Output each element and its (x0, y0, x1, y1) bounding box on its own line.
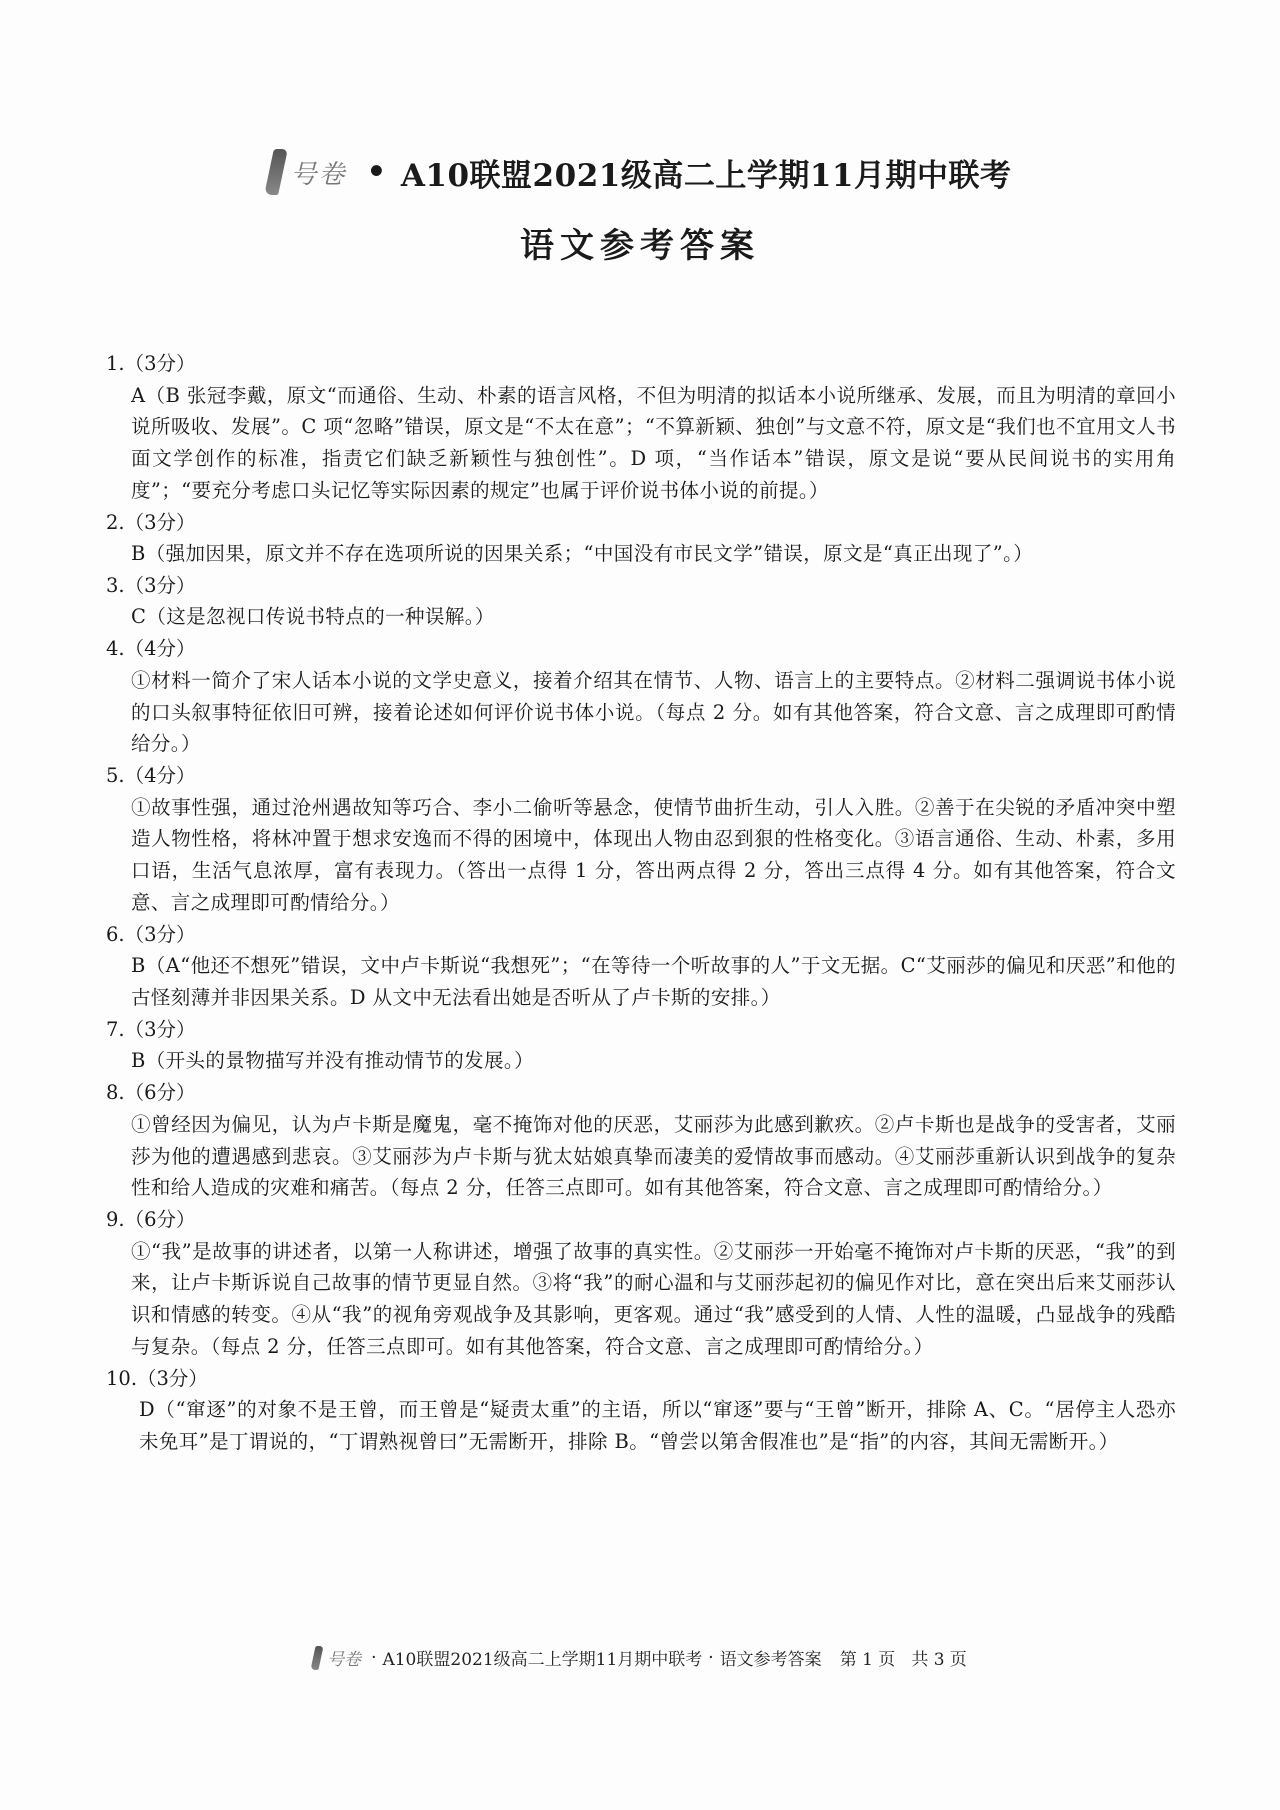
question-answer: C（这是忽视口传说书特点的一种误解。） (106, 601, 1176, 633)
brush-stroke-icon (264, 149, 288, 195)
document-subtitle: 语文参考答案 (0, 218, 1280, 267)
question-answer: A（B 张冠李戴，原文“而通俗、生动、朴素的语言风格，不但为明清的拟话本小说所继… (106, 380, 1176, 507)
page-footer: 号卷 · A10联盟2021级高二上学期11月期中联考 · 语文参考答案 第 1… (0, 1645, 1280, 1670)
question-6: 6.（3分） B（A“他还不想死”错误，文中卢卡斯说“我想死”；“在等待一个听故… (106, 919, 1176, 1014)
brand-logo: 号卷 (269, 149, 347, 195)
question-header: 9.（6分） (106, 1204, 1176, 1236)
question-7: 7.（3分） B（开头的景物描写并没有推动情节的发展。） (106, 1014, 1176, 1077)
question-number: 10. (106, 1367, 137, 1390)
question-number: 3. (106, 574, 125, 597)
brand-logo-text: 号卷 (291, 154, 347, 191)
question-header: 6.（3分） (106, 919, 1176, 951)
question-4: 4.（4分） ①材料一简介了宋人话本小说的文学史意义，接着介绍其在情节、人物、语… (106, 633, 1176, 760)
question-number: 7. (106, 1018, 125, 1041)
brush-stroke-icon (311, 1646, 324, 1670)
question-score: （4分） (125, 637, 196, 660)
question-number: 2. (106, 511, 125, 534)
exam-title: A10联盟2021级高二上学期11月期中联考 (401, 150, 1012, 195)
question-number: 5. (106, 764, 125, 787)
question-answer: B（开头的景物描写并没有推动情节的发展。） (106, 1045, 1176, 1077)
question-answer: B（A“他还不想死”错误，文中卢卡斯说“我想死”；“在等待一个听故事的人”于文无… (106, 950, 1176, 1014)
question-score: （3分） (125, 1018, 196, 1041)
question-3: 3.（3分） C（这是忽视口传说书特点的一种误解。） (106, 570, 1176, 633)
document-header: 号卷 • A10联盟2021级高二上学期11月期中联考 语文参考答案 (0, 150, 1280, 267)
question-answer: ①材料一简介了宋人话本小说的文学史意义，接着介绍其在情节、人物、语言上的主要特点… (106, 665, 1176, 760)
question-10: 10.（3分） D（“窜逐”的对象不是王曾，而王曾是“疑责太重”的主语，所以“窜… (106, 1363, 1176, 1458)
question-score: （4分） (125, 764, 196, 787)
question-header: 7.（3分） (106, 1014, 1176, 1046)
question-header: 4.（4分） (106, 633, 1176, 665)
question-1: 1.（3分） A（B 张冠李戴，原文“而通俗、生动、朴素的语言风格，不但为明清的… (106, 348, 1176, 507)
question-score: （6分） (125, 1081, 196, 1104)
question-header: 1.（3分） (106, 348, 1176, 380)
footer-subject: 语文参考答案 (720, 1645, 822, 1670)
question-5: 5.（4分） ①故事性强，通过沧州遇故知等巧合、李小二偷听等悬念，使情节曲折生动… (106, 760, 1176, 919)
question-score: （3分） (137, 1367, 208, 1390)
question-header: 2.（3分） (106, 507, 1176, 539)
answer-list: 1.（3分） A（B 张冠李戴，原文“而通俗、生动、朴素的语言风格，不但为明清的… (106, 348, 1176, 1458)
question-score: （3分） (125, 511, 196, 534)
question-answer: B（强加因果，原文并不存在选项所说的因果关系；“中国没有市民文学”错误，原文是“… (106, 538, 1176, 570)
separator-dot: · (708, 1648, 713, 1668)
question-answer: ①“我”是故事的讲述者，以第一人称讲述，增强了故事的真实性。②艾丽莎一开始毫不掩… (106, 1236, 1176, 1363)
question-8: 8.（6分） ①曾经因为偏见，认为卢卡斯是魔鬼，毫不掩饰对他的厌恶，艾丽莎为此感… (106, 1077, 1176, 1204)
question-header: 8.（6分） (106, 1077, 1176, 1109)
question-number: 9. (106, 1208, 125, 1231)
question-number: 4. (106, 637, 125, 660)
question-number: 1. (106, 352, 125, 375)
footer-exam-title: A10联盟2021级高二上学期11月期中联考 (382, 1645, 702, 1670)
question-score: （6分） (125, 1208, 196, 1231)
separator-dot: · (371, 1648, 376, 1668)
exam-title-line: 号卷 • A10联盟2021级高二上学期11月期中联考 (0, 150, 1280, 194)
question-number: 6. (106, 923, 125, 946)
question-score: （3分） (125, 574, 196, 597)
question-header: 3.（3分） (106, 570, 1176, 602)
separator-dot: • (367, 154, 387, 190)
page-number: 第 1 页 (840, 1645, 896, 1670)
question-answer: D（“窜逐”的对象不是王曾，而王曾是“疑责太重”的主语，所以“窜逐”要与“王曾”… (106, 1394, 1176, 1458)
question-score: （3分） (125, 352, 196, 375)
question-9: 9.（6分） ①“我”是故事的讲述者，以第一人称讲述，增强了故事的真实性。②艾丽… (106, 1204, 1176, 1363)
question-header: 5.（4分） (106, 760, 1176, 792)
question-number: 8. (106, 1081, 125, 1104)
question-answer: ①故事性强，通过沧州遇故知等巧合、李小二偷听等悬念，使情节曲折生动，引人入胜。②… (106, 792, 1176, 919)
page-total: 共 3 页 (911, 1645, 967, 1670)
question-2: 2.（3分） B（强加因果，原文并不存在选项所说的因果关系；“中国没有市民文学”… (106, 507, 1176, 570)
question-header: 10.（3分） (106, 1363, 1176, 1395)
question-score: （3分） (125, 923, 196, 946)
question-answer: ①曾经因为偏见，认为卢卡斯是魔鬼，毫不掩饰对他的厌恶，艾丽莎为此感到歉疚。②卢卡… (106, 1109, 1176, 1204)
footer-logo-text: 号卷 (327, 1645, 361, 1670)
